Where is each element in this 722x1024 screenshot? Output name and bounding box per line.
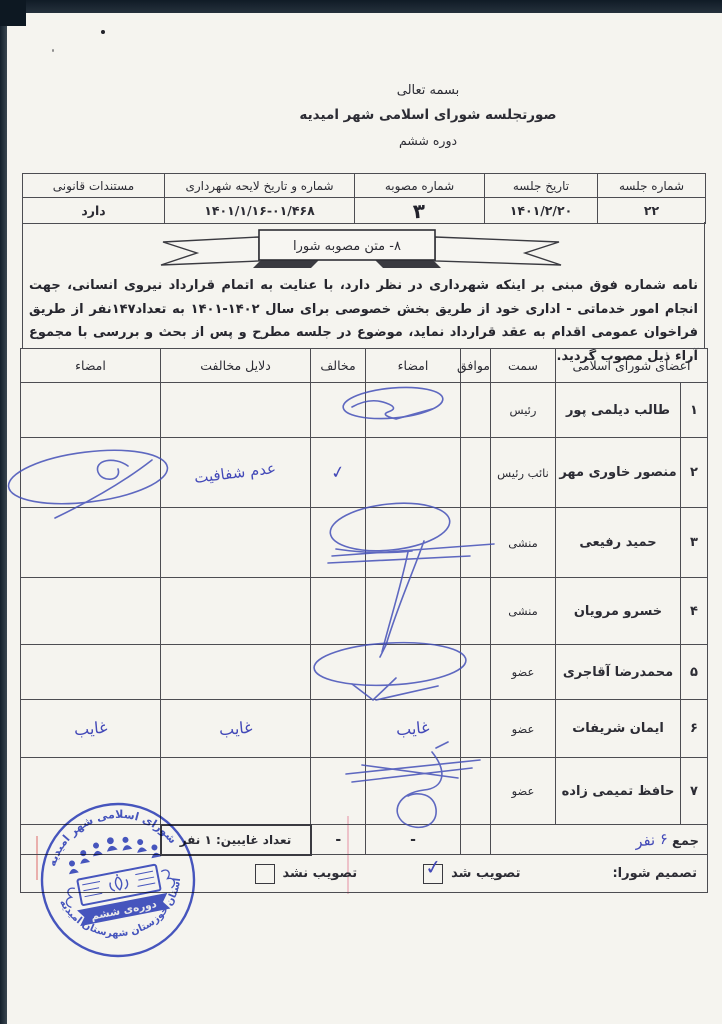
oppose-checkmark: ✓: [329, 461, 347, 483]
header-members: اعضای شورای اسلامی: [556, 349, 708, 383]
value-bill-no-date: ۱۴۰۱/۱/۱۶-۰۱/۴۶۸: [165, 198, 355, 224]
member-role: منشی: [491, 508, 556, 578]
table-header-row: اعضای شورای اسلامی سمت موافق امضاء مخالف…: [21, 349, 708, 383]
member-row: ۱ طالب دیلمی پور رئیس: [21, 383, 708, 438]
member-name: منصور خاوری مهر: [556, 438, 681, 508]
member-row: ۲ منصور خاوری مهر نائب رئیس ✓ عدم شفافیت: [21, 438, 708, 508]
value-session-no: ۲۲: [598, 198, 706, 224]
rejected-label: تصویب نشد: [283, 866, 358, 881]
ink-speck: [52, 49, 54, 52]
row-number: ۴: [681, 578, 708, 645]
value-resolution-no: ۳: [355, 198, 485, 224]
member-name: حافظ تمیمی زاده: [556, 758, 681, 825]
handwritten-total: ۶ نفر: [634, 829, 668, 850]
resolution-banner: ۸- متن مصوبه شورا: [149, 227, 573, 273]
header-oppose: مخالف: [311, 349, 366, 383]
header-role: سمت: [491, 349, 556, 383]
header-session-date: تاریخ جلسه: [485, 174, 598, 198]
approved-label: تصویب شد: [451, 866, 520, 881]
member-name: ایمان شریفات: [556, 700, 681, 758]
ribbon-tail-right: [435, 237, 561, 265]
decision-label: تصمیم شورا:: [612, 866, 697, 881]
member-name: طالب دیلمی پور: [556, 383, 681, 438]
bismillah-text: بسمه تعالی: [258, 80, 598, 101]
header-agree: موافق: [461, 349, 491, 383]
document-header: بسمه تعالی صورتجلسه شورای اسلامی شهر امی…: [258, 80, 598, 151]
session-info-table: شماره جلسه تاریخ جلسه شماره مصوبه شماره …: [22, 173, 706, 224]
handwritten-absent-note: غایب: [218, 718, 253, 740]
dash-signature: -: [366, 825, 461, 855]
ribbon-shadow-right: [375, 260, 441, 268]
row-number: ۲: [681, 438, 708, 508]
resolution-frame: ۸- متن مصوبه شورا نامه شماره فوق مبنی بر…: [22, 222, 705, 348]
member-name: حمید رفیعی: [556, 508, 681, 578]
row-number: ۱: [681, 383, 708, 438]
total-label: جمع: [672, 834, 699, 849]
ribbon-tail-left: [161, 237, 259, 265]
council-term: دوره ششم: [258, 130, 598, 151]
member-role: عضو: [491, 758, 556, 825]
approved-checkmark: ✓: [424, 854, 444, 880]
council-stamp: شورای اسلامی شهر امیدیه استان خوزستان شه…: [22, 784, 214, 976]
handwritten-absent-note: غایب: [396, 718, 431, 740]
header-resolution-no: شماره مصوبه: [355, 174, 485, 198]
stamp-emblem: [108, 872, 128, 891]
header-bill-no-date: شماره و تاریخ لایحه شهرداری: [165, 174, 355, 198]
value-legal-docs: دارد: [23, 198, 165, 224]
handwritten-resolution-no: ۳: [413, 198, 427, 223]
member-role: عضو: [491, 700, 556, 758]
approved-checkbox: ✓: [423, 864, 443, 884]
scan-edge-left: [0, 0, 7, 1024]
member-role: رئیس: [491, 383, 556, 438]
member-row: ۳ حمید رفیعی منشی: [21, 508, 708, 578]
member-row: ۵ محمدرضا آقاجری عضو: [21, 645, 708, 700]
row-number: ۳: [681, 508, 708, 578]
handwritten-opposition-reason: عدم شفافیت: [194, 459, 278, 487]
header-opposition-reasons: دلایل مخالفت: [161, 349, 311, 383]
dash-oppose: -: [311, 825, 366, 855]
ink-speck: [101, 30, 105, 34]
row-number: ۷: [681, 758, 708, 825]
value-session-date: ۱۴۰۱/۲/۲۰: [485, 198, 598, 224]
header-signature: امضاء: [366, 349, 461, 383]
handwritten-absent-note: غایب: [73, 718, 108, 740]
member-name: محمدرضا آقاجری: [556, 645, 681, 700]
member-row: ۶ ایمان شریفات عضو غایب غایب غایب: [21, 700, 708, 758]
member-role: عضو: [491, 645, 556, 700]
member-row: ۴ خسرو مرویان منشی: [21, 578, 708, 645]
header-session-no: شماره جلسه: [598, 174, 706, 198]
ribbon-shadow-left: [253, 260, 319, 268]
member-role: منشی: [491, 578, 556, 645]
scan-edge-top: [0, 0, 722, 13]
header-legal-docs: مستندات قانونی: [23, 174, 165, 198]
banner-label: ۸- متن مصوبه شورا: [293, 239, 401, 254]
member-role: نائب رئیس: [491, 438, 556, 508]
row-number: ۵: [681, 645, 708, 700]
ribbon-banner-graphic: ۸- متن مصوبه شورا: [149, 227, 573, 273]
row-number: ۶: [681, 700, 708, 758]
total-cell: جمع ۶ نفر: [491, 825, 708, 855]
member-name: خسرو مرویان: [556, 578, 681, 645]
scan-corner-dark: [0, 0, 26, 26]
rejected-checkbox: [255, 864, 275, 884]
header-signature-2: امضاء: [21, 349, 161, 383]
document-title: صورتجلسه شورای اسلامی شهر امیدیه: [258, 105, 598, 126]
